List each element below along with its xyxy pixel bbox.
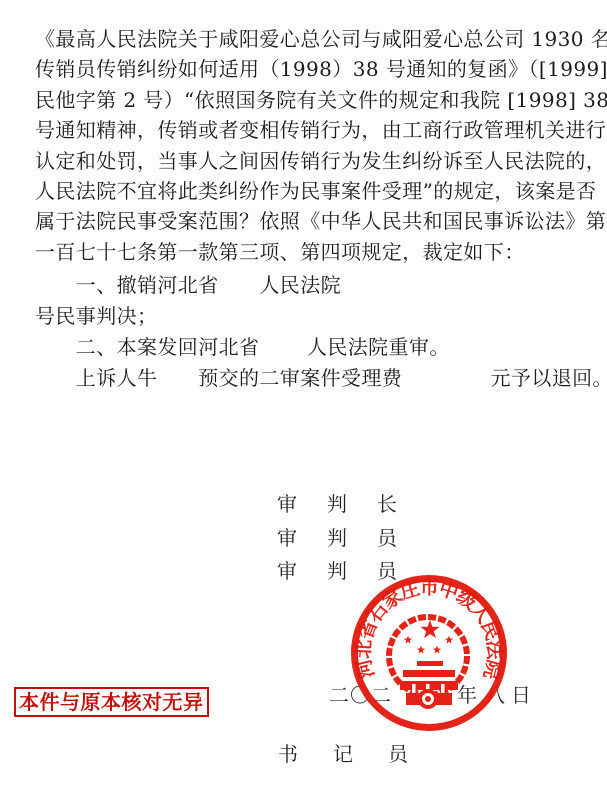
ruling-line: 一、撤销河北省 人民法院 (35, 270, 583, 301)
small-star-icon (417, 646, 426, 654)
body-line: 人民法院不宜将此类纠纷作为民事案件受理”的规定，该案是否 (35, 176, 583, 206)
big-star-icon (421, 620, 440, 638)
date-fragment: 日 (511, 683, 531, 707)
presiding-judge-line: 审 判 长 (277, 488, 402, 522)
small-star-icon (404, 636, 413, 644)
judge-line: 审 判 员 (277, 522, 402, 556)
body-line: 民他字第 2 号）“依照国务院有关文件的规定和我院 [1998] 38 (35, 85, 583, 115)
verification-stamp: 本件与原本核对无异 (14, 687, 209, 717)
ruling-line: 二、本案发回河北省 人民法院重审。 (35, 332, 583, 363)
national-emblem-icon (389, 617, 467, 709)
body-line: 属于法院民事受案范围？依照《中华人民共和国民事诉讼法》第 (35, 206, 583, 236)
body-line: 认定和处罚，当事人之间因传销行为发生纠纷诉至人民法院的， (35, 146, 583, 176)
small-star-icon (445, 636, 454, 644)
body-line: 一百七十七条第一款第三项、第四项规定，裁定如下： (35, 237, 583, 267)
body-line: 传销员传销纠纷如何适用（1998）38 号通知的复函》（[1999] (35, 54, 583, 84)
body-paragraph: 《最高人民法院关于咸阳爱心总公司与咸阳爱心总公司 1930 名 传销员传销纠纷如… (35, 24, 583, 267)
ruling-line: 上诉人牛 预交的二审案件受理费 元予以退回。 (35, 363, 583, 394)
court-seal-graphic: 河北省石家庄市中级人民法院 (349, 573, 509, 733)
ruling-line: 号民事判决； (35, 301, 583, 332)
court-seal-stamp: 河北省石家庄市中级人民法院 (349, 573, 509, 733)
small-star-icon (433, 646, 442, 654)
body-line: 号通知精神，传销或者变相传销行为，由工商行政管理机关进行 (35, 115, 583, 145)
ruling-items: 一、撤销河北省 人民法院 号民事判决； 二、本案发回河北省 人民法院重审。 上诉… (35, 270, 583, 394)
clerk-line: 书 记 员 (278, 742, 416, 766)
body-line: 《最高人民法院关于咸阳爱心总公司与咸阳爱心总公司 1930 名 (35, 24, 583, 54)
court-document-page: 《最高人民法院关于咸阳爱心总公司与咸阳爱心总公司 1930 名 传销员传销纠纷如… (0, 0, 607, 785)
